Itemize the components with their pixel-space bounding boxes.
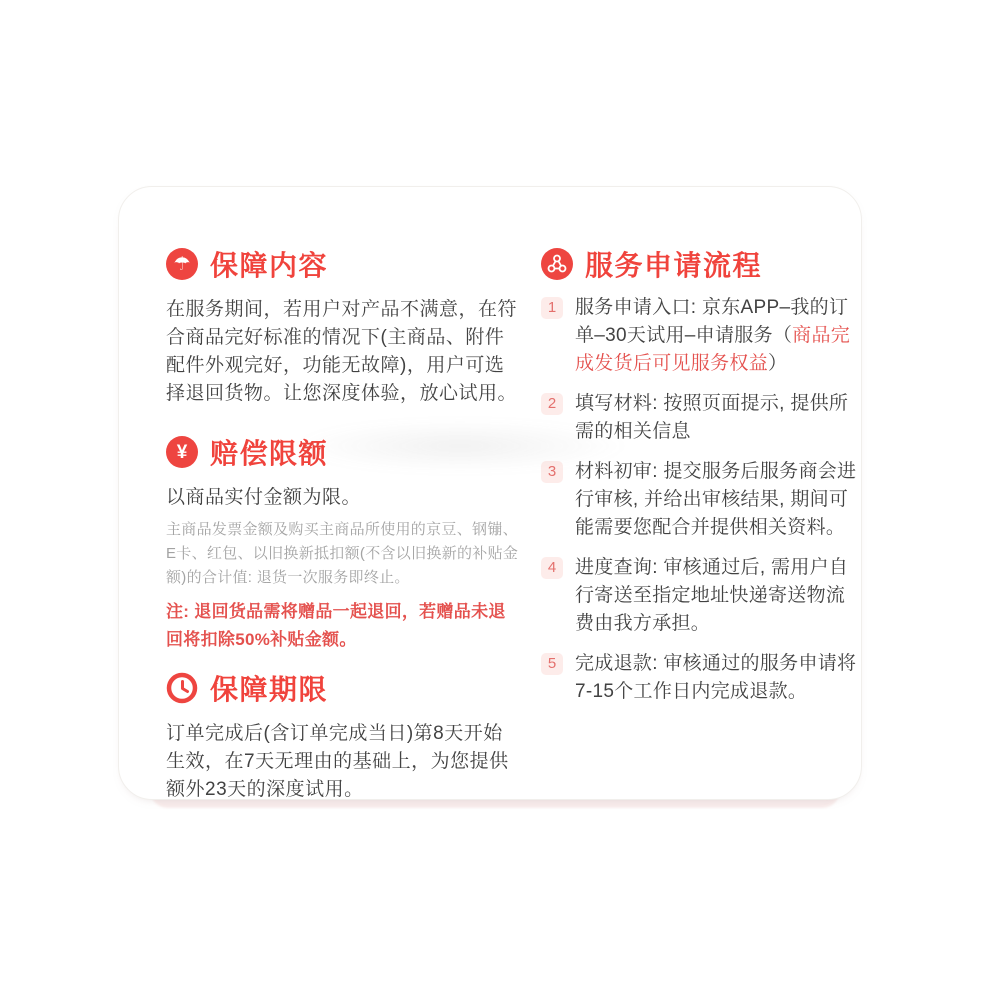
section-heading: 保障期限 [166,668,520,708]
step-number: 5 [541,653,563,675]
step-text: 材料初审: 提交服务后服务商会进行审核, 并给出审核结果, 期间可能需要您配合并… [575,458,861,542]
clock-icon [166,672,198,704]
section-body: 以商品实付金额为限。 [166,484,520,512]
section-heading: ☂ 保障内容 [166,244,520,284]
step-number: 4 [541,557,563,579]
step-item-4: 4 进度查询: 审核通过后, 需用户自行寄送至指定地址快递寄送物流费由我方承担。 [541,554,863,638]
section-body: 在服务期间，若用户对产品不满意，在符合商品完好标准的情况下(主商品、附件配件外观… [166,296,520,408]
service-policy-poster: ☂ 保障内容 在服务期间，若用户对产品不满意，在符合商品完好标准的情况下(主商品… [0,0,990,990]
section-title: 服务申请流程 [585,244,762,284]
section-title: 保障期限 [210,668,328,708]
step-item-3: 3 材料初审: 提交服务后服务商会进行审核, 并给出审核结果, 期间可能需要您配… [541,458,863,542]
right-column: 服务申请流程 1 服务申请入口: 京东APP–我的订单–30天试用–申请服务（商… [541,244,863,718]
section-heading: ¥ 赔偿限额 [166,432,520,472]
yen-icon: ¥ [166,436,198,468]
left-column: ☂ 保障内容 在服务期间，若用户对产品不满意，在符合商品完好标准的情况下(主商品… [166,244,520,804]
step-text: 服务申请入口: 京东APP–我的订单–30天试用–申请服务（商品完成发货后可见服… [575,294,861,378]
step-text: 完成退款: 审核通过的服务申请将7-15个工作日内完成退款。 [575,650,861,706]
umbrella-icon: ☂ [166,248,198,280]
return-note: 注: 退回货品需将赠品一起退回，若赠品未退回将扣除50%补贴金额。 [166,598,520,654]
step-text-suffix: ） [768,353,787,374]
step-item-1: 1 服务申请入口: 京东APP–我的订单–30天试用–申请服务（商品完成发货后可… [541,294,863,378]
section-title: 保障内容 [210,244,328,284]
section-application-process: 服务申请流程 1 服务申请入口: 京东APP–我的订单–30天试用–申请服务（商… [541,244,863,706]
section-guarantee-content: ☂ 保障内容 在服务期间，若用户对产品不满意，在符合商品完好标准的情况下(主商品… [166,244,520,408]
process-steps: 1 服务申请入口: 京东APP–我的订单–30天试用–申请服务（商品完成发货后可… [541,294,863,706]
step-number: 2 [541,393,563,415]
section-body: 订单完成后(含订单完成当日)第8天开始生效，在7天无理由的基础上，为您提供额外2… [166,720,520,804]
section-heading: 服务申请流程 [541,244,863,284]
flow-icon [541,248,573,280]
section-guarantee-period: 保障期限 订单完成后(含订单完成当日)第8天开始生效，在7天无理由的基础上，为您… [166,668,520,804]
step-item-5: 5 完成退款: 审核通过的服务申请将7-15个工作日内完成退款。 [541,650,863,706]
step-text: 进度查询: 审核通过后, 需用户自行寄送至指定地址快递寄送物流费由我方承担。 [575,554,861,638]
step-text: 填写材料: 按照页面提示, 提供所需的相关信息 [575,390,861,446]
fine-print: 主商品发票金额及购买主商品所使用的京豆、钢镚、E卡、红包、以旧换新抵扣额(不含以… [166,518,520,590]
section-title: 赔偿限额 [210,432,328,472]
step-number: 3 [541,461,563,483]
step-item-2: 2 填写材料: 按照页面提示, 提供所需的相关信息 [541,390,863,446]
service-card: ☂ 保障内容 在服务期间，若用户对产品不满意，在符合商品完好标准的情况下(主商品… [118,186,862,800]
step-number: 1 [541,297,563,319]
section-compensation-limit: ¥ 赔偿限额 以商品实付金额为限。 主商品发票金额及购买主商品所使用的京豆、钢镚… [166,432,520,654]
